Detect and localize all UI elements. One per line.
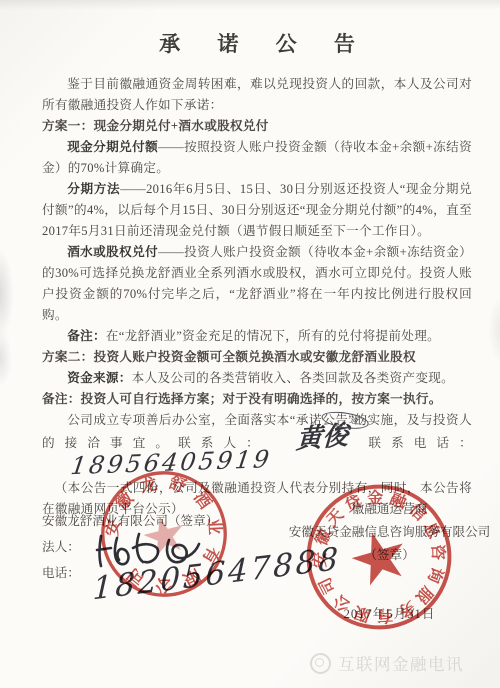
scan-artifact <box>488 295 500 365</box>
left-phone-label: 电话： <box>42 566 80 580</box>
scan-artifact <box>0 0 500 10</box>
intro-paragraph: 鉴于目前徽融通资金周转困难，难以兑现投资人的回款，本人及公司对所有徽融通投资人作… <box>42 74 472 116</box>
scanned-announcement-page: 承 诺 公 告 鉴于目前徽融通资金周转困难，难以兑现投资人的回款，本人及公司对所… <box>0 0 500 688</box>
legal-person-label: 法人： <box>42 540 80 554</box>
document-body: 承 诺 公 告 鉴于目前徽融通资金周转困难，难以兑现投资人的回款，本人及公司对所… <box>42 28 472 520</box>
plan1-cash-lead: 现金分期兑付额 <box>67 140 158 154</box>
plan1-note-text: 在“龙舒酒业”资金充足的情况下，所有的兑付将提前处理。 <box>106 329 440 343</box>
plan1-installment-lead: 分期方法 <box>67 182 120 196</box>
watermark-logo-icon <box>310 653 331 674</box>
seal-star-left-icon: ★ <box>138 506 191 567</box>
seal-star-right-icon: ★ <box>344 519 416 600</box>
scan-artifact <box>0 248 14 340</box>
plan2-funding-text: 本人及公司的各类营销收入、各类回款及各类资产变现。 <box>132 371 454 385</box>
plan1-wine-lead: 酒水或股权兑付 <box>67 245 158 259</box>
watermark: 互联网金融电讯 <box>310 651 464 675</box>
plan2-heading: 方案二：投资人账户投资金额可全额兑换酒水或安徽龙舒酒业股权 <box>42 347 472 368</box>
plan1-heading: 方案一：现金分期兑付+酒水或股权兑付 <box>42 116 472 137</box>
plan2-funding-lead: 资金来源： <box>67 371 131 385</box>
page-title: 承 诺 公 告 <box>42 28 472 58</box>
plan1-installment-paragraph: 分期方法——2016年6月5日、15日、30日分别返还投资人“现金分期兑付额”的… <box>42 179 472 242</box>
plan2-funding-paragraph: 资金来源：本人及公司的各类营销收入、各类回款及各类资产变现。 <box>42 368 472 389</box>
watermark-label: 互联网金融电讯 <box>338 651 464 675</box>
scan-artifact <box>0 328 12 388</box>
plan1-wine-paragraph: 酒水或股权兑付——投资人账户投资金额（待收本金+余额+冻结资金）的30%可选择兑… <box>42 242 472 326</box>
office-phone-label: 联系电话： <box>359 436 472 450</box>
plan1-note-paragraph: 备注：在“龙舒酒业”资金充足的情况下，所有的兑付将提前处理。 <box>42 326 472 347</box>
plan1-cash-paragraph: 现金分期兑付额——按照投资人账户投资金额（待收本金+余额+冻结资金）的70%计算… <box>42 137 472 179</box>
plan1-note-lead: 备注： <box>67 329 106 343</box>
plan2-note: 备注：投资人可自行选择方案；对于没有明确选择的，按方案一执行。 <box>42 389 472 410</box>
contact-name-handwritten: 黄俊通上 <box>271 428 349 449</box>
